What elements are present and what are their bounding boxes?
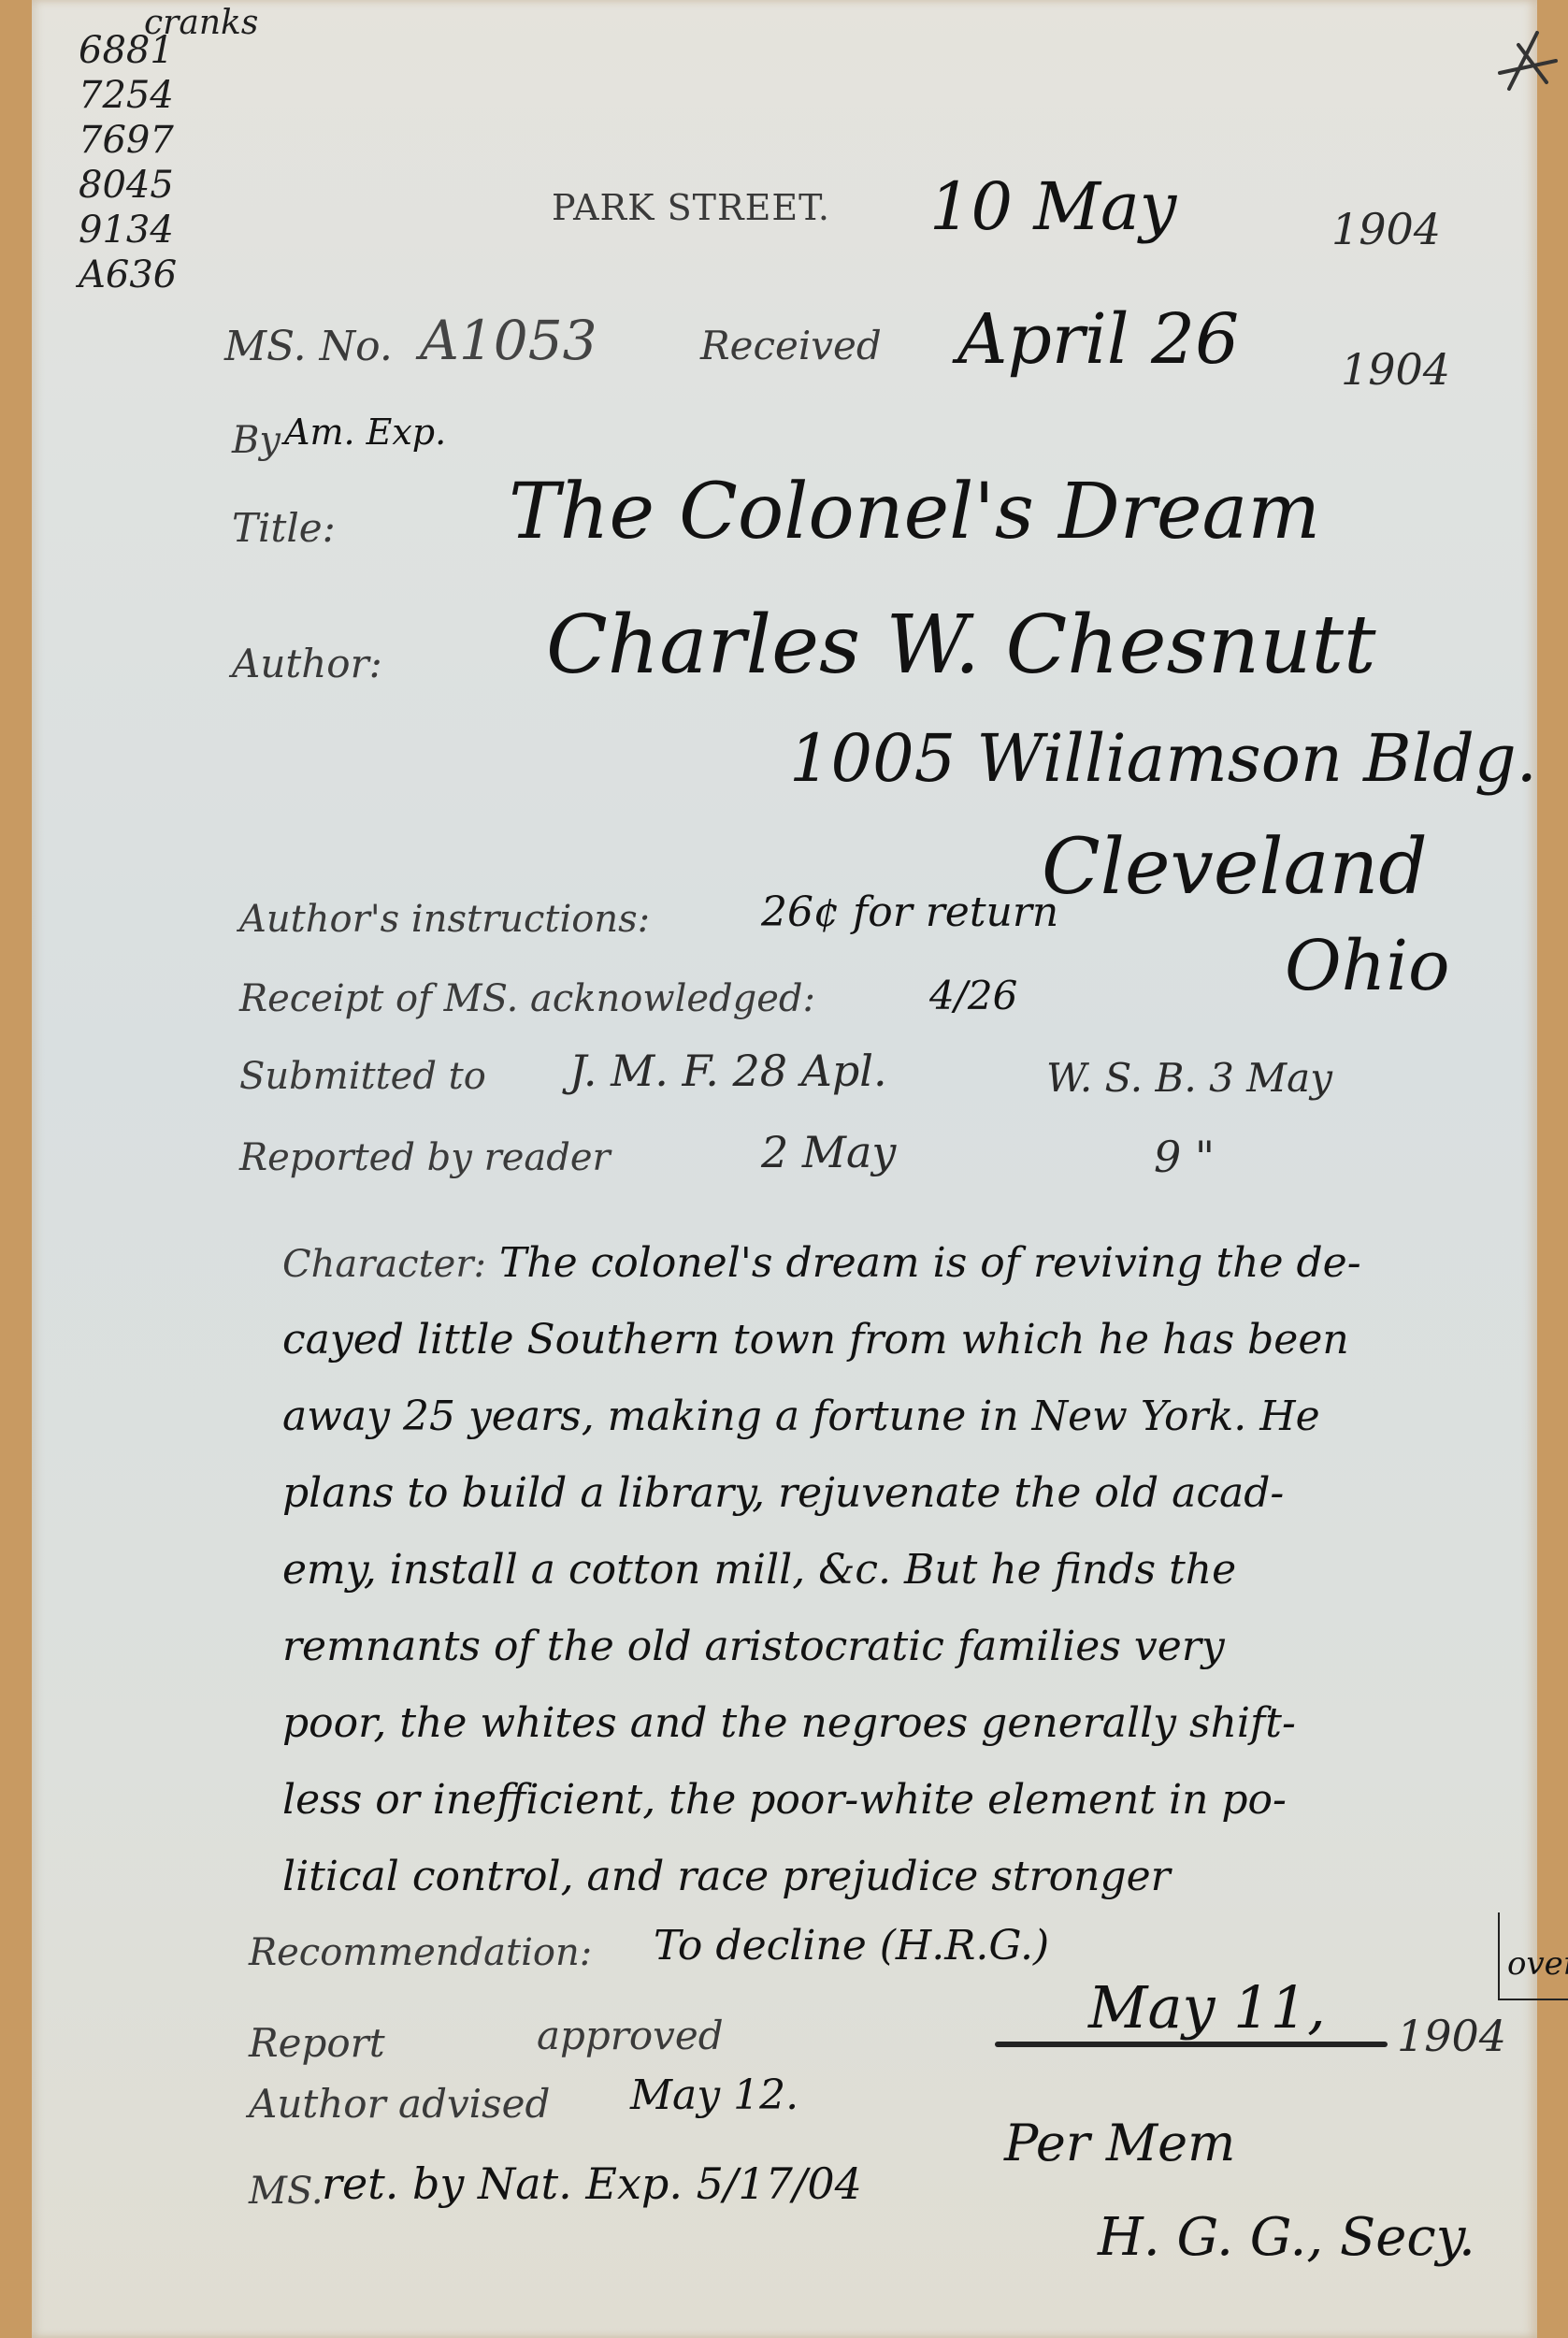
by-value: Am. Exp. xyxy=(284,411,446,453)
submitted-to-first: J. M. F. 28 Apl. xyxy=(569,1046,887,1096)
header-date: 10 May xyxy=(929,168,1176,245)
character-section: Character: The colonel's dream is of rev… xyxy=(282,1225,1554,1915)
author-advised-label: Author advised xyxy=(249,2081,550,2127)
ms-number-label: MS. No. xyxy=(224,323,393,370)
author-advised-value: May 12. xyxy=(630,2071,798,2119)
character-label: Character: xyxy=(282,1243,486,1286)
ms-returned-value: ret. by Nat. Exp. 5/17/04 xyxy=(322,2158,862,2209)
character-line: poor, the whites and the negroes general… xyxy=(282,1685,1554,1762)
approved-label: approved xyxy=(537,2013,724,2058)
reported-by-reader-label: Reported by reader xyxy=(239,1136,611,1179)
approved-year: 1904 xyxy=(1397,2011,1506,2061)
signature-name: H. G. G., Secy. xyxy=(1098,2207,1475,2268)
character-line: remnants of the old aristocratic familie… xyxy=(282,1609,1554,1685)
submitted-to-second: W. S. B. 3 May xyxy=(1046,1055,1332,1101)
author-address-city: Cleveland xyxy=(1042,823,1428,912)
ms-number-value: A1053 xyxy=(420,309,597,372)
margin-note-numbers: 6881 7254 7697 8045 9134 A636 xyxy=(79,28,177,297)
reported-first: 2 May xyxy=(761,1127,896,1177)
by-label: By xyxy=(232,419,281,462)
approved-date: May 11, xyxy=(1088,1973,1326,2042)
margin-number: 6881 xyxy=(79,28,177,73)
character-line: litical control, and race prejudice stro… xyxy=(282,1839,1554,1915)
received-year: 1904 xyxy=(1341,344,1450,395)
margin-number: 7254 xyxy=(79,73,177,118)
margin-number: 7697 xyxy=(79,118,177,163)
over-note: over xyxy=(1507,1945,1568,1983)
ms-returned-label: MS. xyxy=(249,2170,324,2213)
character-line: cayed little Southern town from which he… xyxy=(282,1302,1554,1378)
character-line: The colonel's dream is of reviving the d… xyxy=(499,1239,1361,1287)
author-address-state: Ohio xyxy=(1285,926,1450,1006)
margin-number: A636 xyxy=(79,253,177,297)
address-label: PARK STREET. xyxy=(552,187,830,228)
author-address-line1: 1005 Williamson Bldg. xyxy=(789,720,1537,797)
received-label: Received xyxy=(700,323,882,368)
signature-per: Per Mem xyxy=(1004,2114,1235,2172)
receipt-acknowledged-label: Receipt of MS. acknowledged: xyxy=(239,977,815,1020)
submitted-to-label: Submitted to xyxy=(239,1055,486,1098)
recommendation-label: Recommendation: xyxy=(249,1931,592,1974)
reported-second: 9 " xyxy=(1154,1132,1215,1182)
character-line: plans to build a library, rejuvenate the… xyxy=(282,1455,1554,1532)
header-year: 1904 xyxy=(1331,204,1441,254)
author-instructions-label: Author's instructions: xyxy=(239,898,650,941)
character-line: emy, install a cotton mill, &c. But he f… xyxy=(282,1532,1554,1609)
author-name: Charles W. Chesnutt xyxy=(546,599,1376,692)
margin-number: 8045 xyxy=(79,163,177,208)
author-instructions-value: 26¢ for return xyxy=(761,888,1058,936)
character-line: away 25 years, making a fortune in New Y… xyxy=(282,1378,1554,1455)
approved-date-underline xyxy=(995,2042,1388,2047)
title-label: Title: xyxy=(232,505,336,551)
document-page: cranks 6881 7254 7697 8045 9134 A636 PAR… xyxy=(32,0,1537,2338)
author-label: Author: xyxy=(232,641,382,686)
margin-number: 9134 xyxy=(79,208,177,253)
received-date: April 26 xyxy=(957,299,1239,380)
report-label: Report xyxy=(249,2020,385,2066)
recommendation-value: To decline (H.R.G.) xyxy=(654,1922,1049,1970)
character-line: less or inefficient, the poor-white elem… xyxy=(282,1762,1554,1839)
title-value: The Colonel's Dream xyxy=(509,468,1320,556)
cross-mark-icon xyxy=(1495,28,1561,94)
receipt-acknowledged-value: 4/26 xyxy=(929,973,1017,1018)
